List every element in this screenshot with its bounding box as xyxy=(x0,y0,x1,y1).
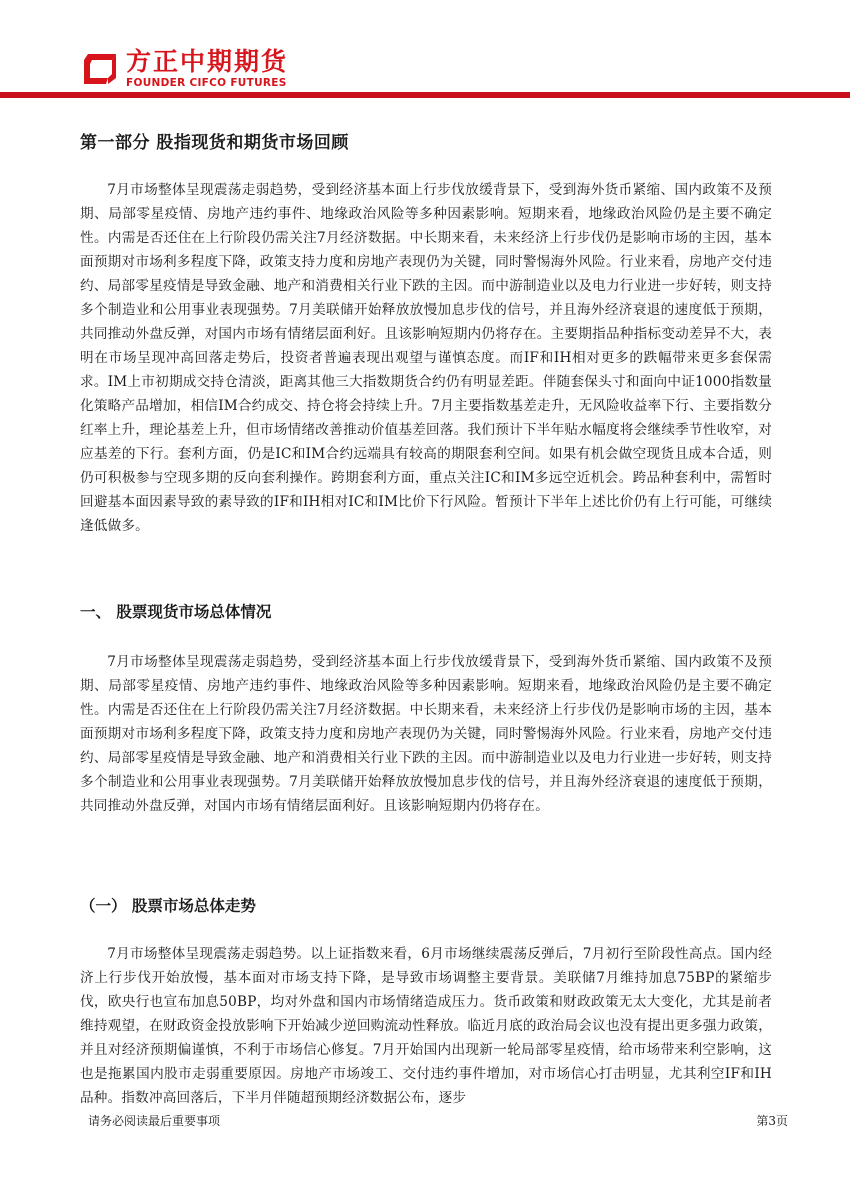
header-divider xyxy=(0,92,850,98)
page-header: 方正中期期货 FOUNDER CIFCO FUTURES xyxy=(0,0,850,100)
page-number: 第3页 xyxy=(756,1112,788,1129)
brand-name-cn: 方正中期期货 xyxy=(126,48,288,76)
section-paragraph: 7月市场整体呈现震荡走弱趋势，受到经济基本面上行步伐放缓背景下，受到海外货币紧缩… xyxy=(80,650,772,818)
logo-mark-icon xyxy=(82,52,116,86)
part-title: 第一部分 股指现货和期货市场回顾 xyxy=(80,128,349,153)
brand-name-en: FOUNDER CIFCO FUTURES xyxy=(126,77,288,89)
company-logo: 方正中期期货 FOUNDER CIFCO FUTURES xyxy=(82,48,288,89)
page-footer: 请务必阅读最后重要事项 第3页 xyxy=(88,1112,788,1129)
intro-paragraph: 7月市场整体呈现震荡走弱趋势，受到经济基本面上行步伐放缓背景下，受到海外货币紧缩… xyxy=(80,178,772,538)
subsection-paragraph: 7月市场整体呈现震荡走弱趋势。以上证指数来看，6月市场继续震荡反弹后，7月初行至… xyxy=(80,942,772,1110)
section-heading: 一、 股票现货市场总体情况 xyxy=(80,600,271,622)
footer-notice: 请务必阅读最后重要事项 xyxy=(88,1112,220,1129)
subsection-heading: （一） 股票市场总体走势 xyxy=(80,894,256,916)
